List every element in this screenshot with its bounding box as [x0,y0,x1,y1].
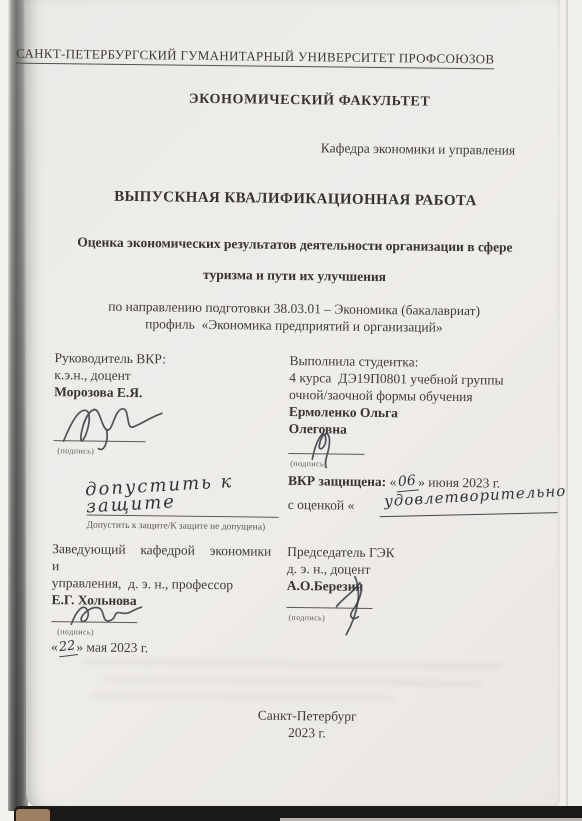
supervisor-signature-area: (подпись) [53,400,292,449]
admission-handwritten-text: допустить к защите [85,468,317,515]
title-page: САНКТ-ПЕТЕРБУРГСКИЙ ГУМАНИТАРНЫЙ УНИВЕРС… [26,0,560,808]
footer-block: Санкт-Петербург 2023 г. [40,704,574,745]
chairman-signature [324,570,385,641]
bleed-through-mark [103,676,483,688]
defense-grade-line: с оценкой « удовлетворительно [288,496,573,516]
student-block: Выполнила студентка: 4 курса ДЭ19П0801 у… [288,352,574,468]
grade-underline [380,512,558,517]
program-info: по направлению подготовки 38.03.01 – Эко… [27,297,561,338]
department-head-block: Заведующий кафедрой экономики и управлен… [51,540,290,660]
supervisor-signature-caption: (подпись) [57,442,94,459]
defense-label: ВКР защищена: [288,473,386,489]
bleed-through-mark [92,692,392,703]
work-type-heading: ВЫПУСКНАЯ КВАЛИФИКАЦИОННАЯ РАБОТА [28,188,562,212]
thesis-title-line1: Оценка экономических результатов деятель… [28,233,562,257]
supervisor-block: Руководитель ВКР: к.э.н., доцент Морозов… [53,349,292,449]
scanned-photo: САНКТ-ПЕТЕРБУРГСКИЙ ГУМАНИТАРНЫЙ УНИВЕРС… [0,0,582,821]
admission-block: допустить к защите Допустить к защите/К … [86,481,317,537]
defense-block: ВКР защищена: «06» июня 2023 г. с оценко… [288,472,573,516]
grade-label: с оценкой « [288,497,355,513]
admission-caption: Допустить к защите/К защите не допущена) [86,517,316,537]
page-content: САНКТ-ПЕТЕРБУРГСКИЙ ГУМАНИТАРНЫЙ УНИВЕРС… [21,0,565,811]
head-role-line1: Заведующий кафедрой экономики и [52,540,290,577]
faculty-name: ЭКОНОМИЧЕСКИЙ ФАКУЛЬТЕТ [43,89,577,113]
chairman-signature-caption: (подпись) [288,609,325,626]
student-signature-area: (подпись) [288,437,573,468]
university-name: САНКТ-ПЕТЕРБУРГСКИЙ ГУМАНИТАРНЫЙ УНИВЕРС… [0,44,522,68]
head-signature-area: (подпись) [51,608,289,641]
chairman-signature-area: (подпись) [286,594,571,627]
gec-chairman-block: Председатель ГЭК д. э. н., доцент А.О.Бе… [286,543,572,627]
thesis-title-line2: туризма и пути их улучшения [27,264,561,288]
department-name: Кафедра экономики и управления [29,136,563,160]
bleed-through-mark [83,657,503,670]
head-date-day-handwritten: 22 [57,637,78,657]
table-wood-patch [16,809,50,821]
